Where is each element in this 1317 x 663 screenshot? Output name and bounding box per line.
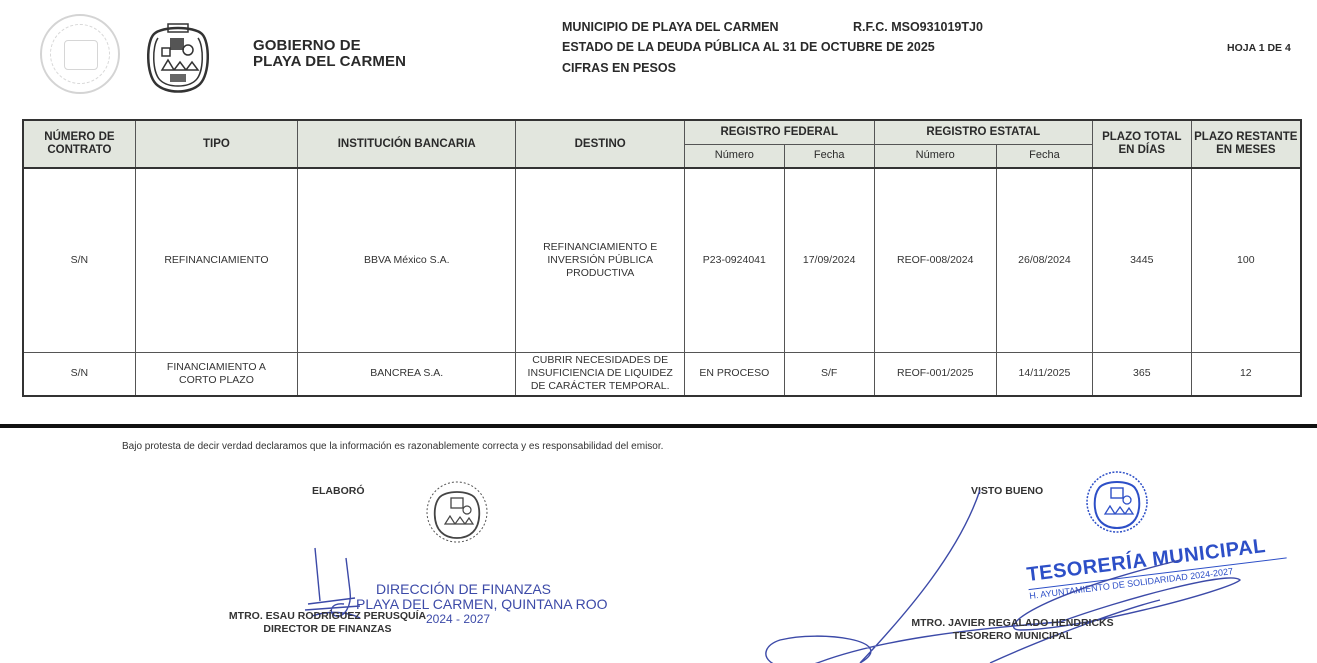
cell-destination: REFINANCIAMIENTO E INVERSIÓN PÚBLICA PRO… (516, 168, 684, 352)
approver-signature-block: MTRO. JAVIER REGALADO HENDRICKS TESORERO… (895, 617, 1130, 643)
cell-contract-number: S/N (23, 352, 135, 396)
cell-state-date: 14/11/2025 (996, 352, 1092, 396)
municipal-coat-of-arms-icon (142, 18, 214, 96)
cell-federal-date: S/F (784, 352, 874, 396)
approver-title: TESORERO MUNICIPAL (895, 630, 1130, 643)
finance-stamp-line3: 2024 - 2027 (426, 612, 608, 627)
table-row: S/N FINANCIAMIENTO A CORTO PLAZO BANCREA… (23, 352, 1301, 396)
cell-federal-date: 17/09/2024 (784, 168, 874, 352)
organization-name-line1: GOBIERNO DE (253, 38, 406, 54)
section-divider (0, 424, 1317, 428)
approver-name: MTRO. JAVIER REGALADO HENDRICKS (895, 617, 1130, 630)
col-header-federal-date: Fecha (784, 144, 874, 168)
table-row: S/N REFINANCIAMIENTO BBVA México S.A. RE… (23, 168, 1301, 352)
cell-state-number: REOF-001/2025 (874, 352, 996, 396)
municipality-name: MUNICIPIO DE PLAYA DEL CARMEN (562, 20, 778, 34)
state-seal-watermark (40, 14, 120, 94)
report-title: ESTADO DE LA DEUDA PÚBLICA AL 31 DE OCTU… (562, 40, 935, 54)
cell-state-date: 26/08/2024 (996, 168, 1092, 352)
cell-remaining-term: 100 (1191, 168, 1301, 352)
col-header-state-date: Fecha (996, 144, 1092, 168)
disclaimer-text: Bajo protesta de decir verdad declaramos… (122, 441, 663, 452)
cell-destination: CUBRIR NECESIDADES DE INSUFICIENCIA DE L… (516, 352, 684, 396)
cell-state-number: REOF-008/2024 (874, 168, 996, 352)
rfc-code: R.F.C. MSO931019TJ0 (853, 20, 983, 34)
col-header-destination: DESTINO (516, 120, 684, 168)
preparer-signature-block: MTRO. ESAU RODRÍGUEZ PERUSQUÍA DIRECTOR … (225, 610, 430, 636)
organization-name-line2: PLAYA DEL CARMEN (253, 54, 406, 70)
finance-seal-icon (425, 478, 489, 546)
cell-contract-number: S/N (23, 168, 135, 352)
col-header-federal-number: Número (684, 144, 784, 168)
prepared-by-label: ELABORÓ (312, 485, 365, 497)
currency-note: CIFRAS EN PESOS (562, 61, 676, 75)
cell-total-term: 365 (1092, 352, 1191, 396)
cell-total-term: 3445 (1092, 168, 1191, 352)
col-header-contract-number: NÚMERO DE CONTRATO (23, 120, 135, 168)
col-header-total-term: PLAZO TOTAL EN DÍAS (1092, 120, 1191, 168)
cell-federal-number: P23-0924041 (684, 168, 784, 352)
col-header-federal-registry: REGISTRO FEDERAL (684, 120, 874, 144)
col-header-state-number: Número (874, 144, 996, 168)
cell-bank: BANCREA S.A. (298, 352, 516, 396)
cell-type: REFINANCIAMIENTO (135, 168, 297, 352)
col-header-state-registry: REGISTRO ESTATAL (874, 120, 1092, 144)
public-debt-table: NÚMERO DE CONTRATO TIPO INSTITUCIÓN BANC… (22, 119, 1302, 397)
cell-bank: BBVA México S.A. (298, 168, 516, 352)
finance-stamp-line1: DIRECCIÓN DE FINANZAS (376, 582, 608, 597)
col-header-remaining-term: PLAZO RESTANTE EN MESES (1191, 120, 1301, 168)
preparer-name: MTRO. ESAU RODRÍGUEZ PERUSQUÍA (225, 610, 430, 623)
cell-remaining-term: 12 (1191, 352, 1301, 396)
col-header-type: TIPO (135, 120, 297, 168)
cell-federal-number: EN PROCESO (684, 352, 784, 396)
cell-type: FINANCIAMIENTO A CORTO PLAZO (135, 352, 297, 396)
col-header-bank: INSTITUCIÓN BANCARIA (298, 120, 516, 168)
organization-name: GOBIERNO DE PLAYA DEL CARMEN (253, 38, 406, 70)
sheet-number: HOJA 1 DE 4 (1227, 42, 1291, 54)
preparer-title: DIRECTOR DE FINANZAS (225, 623, 430, 636)
